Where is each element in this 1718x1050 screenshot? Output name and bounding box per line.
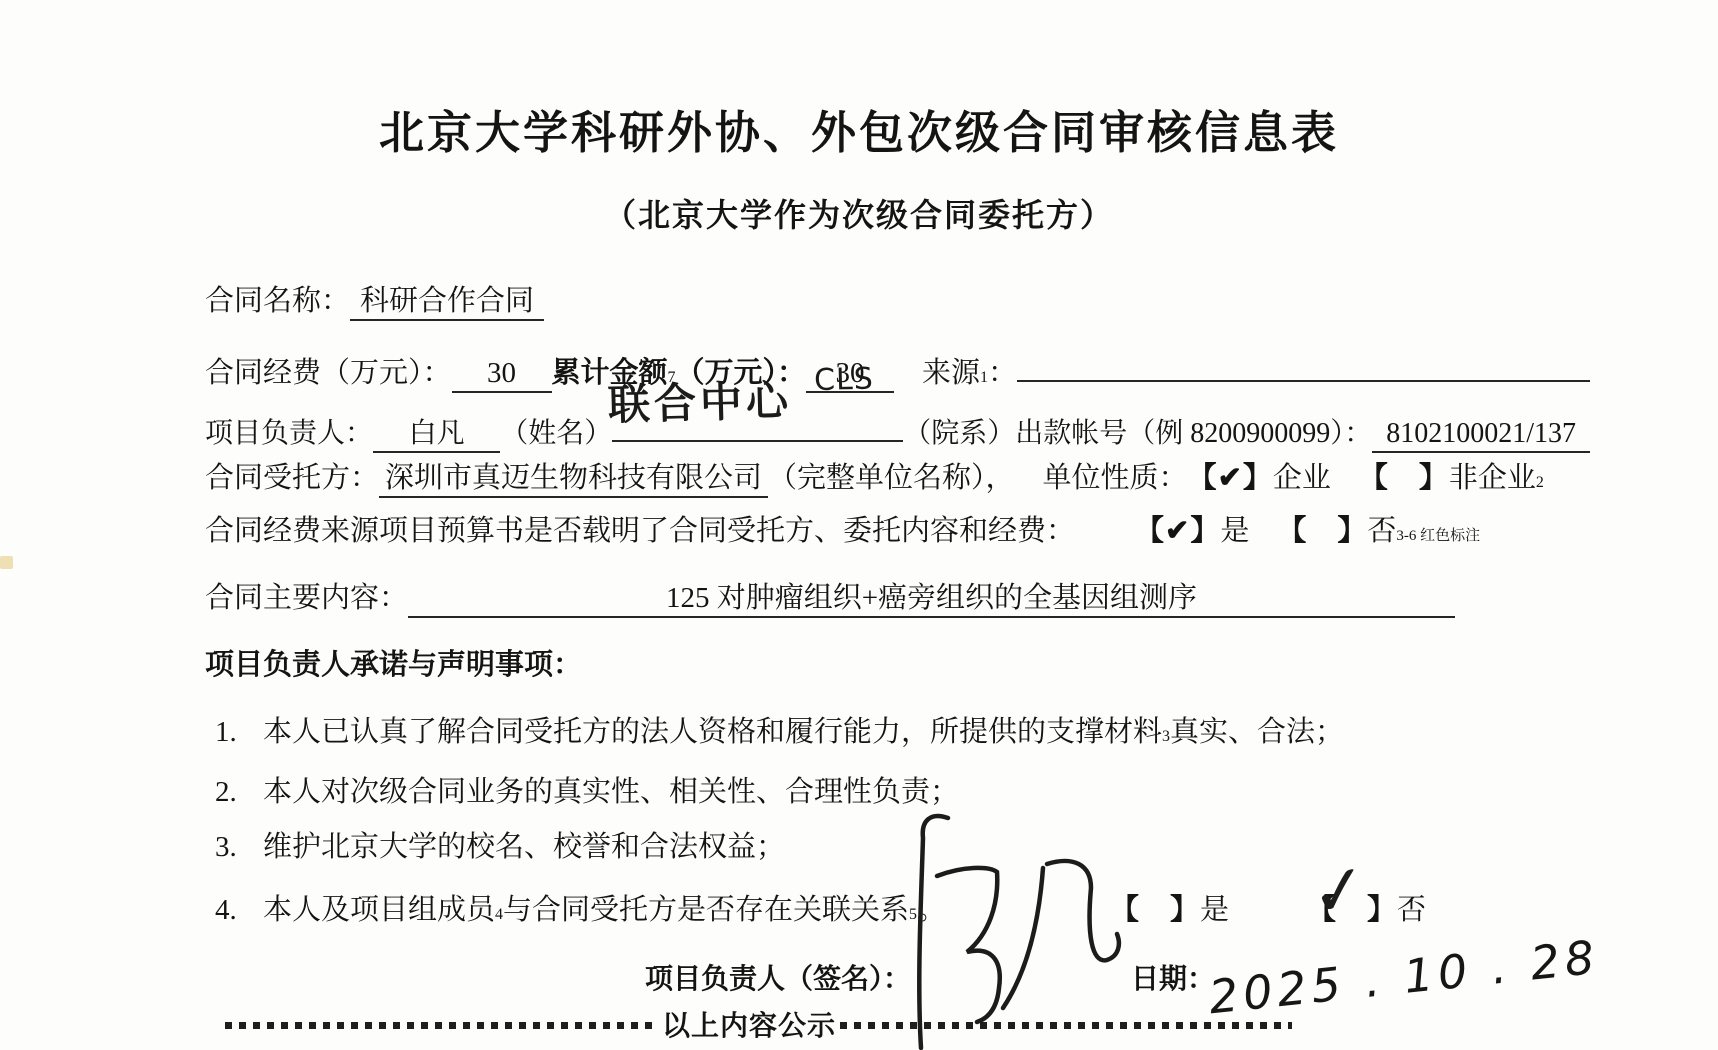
funding-row: 合同经费（万元）： 30 累计金额 7 （万元）： 30 来源 1 ： [205,350,1590,393]
account-label: 出款帐号（例 8200900099）： [1015,416,1372,451]
scanned-form-page: 北京大学科研外协、外包次级合同审核信息表 （北京大学作为次级合同委托方） 合同名… [0,0,1718,1050]
item-number: 3. [215,829,263,865]
relation-no-checkbox-brackets: 【 】 [1307,894,1397,926]
pi-name-value: 白凡 [373,416,500,453]
dotted-separator-left [225,1022,657,1029]
source-value-blank [1017,350,1590,382]
source-label: 来源 [922,355,980,391]
relation-no-label: 否 [1397,892,1426,928]
contract-name-label: 合同名称： [205,283,350,319]
pi-name-note: （姓名） [500,416,612,451]
item-text: 本人已认真了解合同受托方的法人资格和履行能力，所提供的支撑材料 [263,714,1162,750]
trustee-label: 合同受托方： [205,460,379,496]
main-content-row: 合同主要内容： 125 对肿瘤组织+癌旁组织的全基因组测序 [205,580,1455,618]
enterprise-checkbox-checked: 【✔】 [1188,460,1273,496]
enterprise-label: 企业 [1273,460,1331,496]
trustee-row: 合同受托方： 深圳市真迈生物科技有限公司 （完整单位名称）， 单位性质： 【✔】… [205,460,1544,498]
pi-row: 项目负责人： 白凡 （姓名） 联合中心 CLS （院系） 出款帐号（例 8200… [205,410,1590,453]
declaration-item-2: 2. 本人对次级合同业务的真实性、相关性、合理性负责； [215,774,959,810]
non-enterprise-checkbox-empty: 【 】 [1359,460,1449,496]
pi-dept-note: （院系） [903,416,1015,451]
declaration-item-1: 1. 本人已认真了解合同受托方的法人资格和履行能力，所提供的支撑材料 3 真实、… [215,714,1344,750]
dotted-separator-right [840,1022,1292,1029]
item-number: 4. [215,892,263,928]
relation-no-checkbox: 【 】 ✓ [1307,892,1397,928]
declaration-item-3: 3. 维护北京大学的校名、校誉和合法权益； [215,829,785,865]
scan-artifact [0,556,13,569]
form-subtitle: （北京大学作为次级合同委托方） [0,190,1718,236]
item-text: 维护北京大学的校名、校誉和合法权益； [263,829,785,865]
nature-label: 单位性质： [1043,460,1188,496]
declaration-heading: 项目负责人承诺与声明事项： [205,647,582,683]
non-enterprise-label: 非企业 [1449,460,1536,496]
item-number: 2. [215,774,263,810]
pi-dept-blank: 联合中心 CLS [612,410,903,442]
form-title: 北京大学科研外协、外包次级合同审核信息表 [0,96,1718,161]
funding-amount-value: 30 [452,355,552,393]
dept-handwriting: 联合中心 CLS [608,373,876,432]
account-value: 8102100021/137 [1372,416,1590,453]
budget-no-checkbox-empty: 【 】 [1277,513,1367,549]
budget-yes-label: 是 [1220,513,1249,549]
signature-label: 项目负责人（签名）： [645,962,911,997]
handwritten-date: 2025 . 10 . 28 [1206,930,1601,1025]
date-label: 日期： [1131,962,1215,997]
funding-label: 合同经费（万元）： [205,355,452,391]
item-text: 本人对次级合同业务的真实性、相关性、合理性负责； [263,774,959,810]
item-text: 本人及项目组成员 [263,892,495,928]
trustee-value: 深圳市真迈生物科技有限公司 [379,460,768,498]
dept-cls-annotation: CLS [814,362,875,399]
item-number: 1. [215,714,263,750]
declaration-item-4: 4. 本人及项目组成员 4 与合同受托方是否存在关联关系 5 。 【 】 是 【… [215,892,946,928]
budget-question: 合同经费来源项目预算书是否载明了合同受托方、委托内容和经费： [205,513,1075,549]
item-text: 与合同受托方是否存在关联关系 [503,892,909,928]
contract-name-row: 合同名称： 科研合作合同 [205,283,544,321]
contract-name-value: 科研合作合同 [350,283,544,321]
item-text: 真实、合法； [1170,714,1344,750]
relation-checkboxes: 【 】 是 【 】 ✓ 否 [1110,892,1426,928]
source-colon: ： [988,355,1017,391]
trustee-note: （完整单位名称）， [768,460,1015,496]
budget-question-row: 合同经费来源项目预算书是否载明了合同受托方、委托内容和经费： 【✔】 是 【 】… [205,513,1480,549]
budget-yes-checkbox-checked: 【✔】 [1135,513,1220,549]
pi-signature-handwriting [893,812,1143,1050]
main-content-label: 合同主要内容： [205,580,408,616]
publicity-notice: 以上内容公示 [658,1004,840,1044]
pi-label: 项目负责人： [205,416,373,451]
budget-no-label: 否 [1367,513,1396,549]
main-content-value: 125 对肿瘤组织+癌旁组织的全基因组测序 [408,580,1455,618]
dept-handwritten-text: 联合中心 [608,376,793,430]
relation-yes-label: 是 [1200,892,1229,928]
